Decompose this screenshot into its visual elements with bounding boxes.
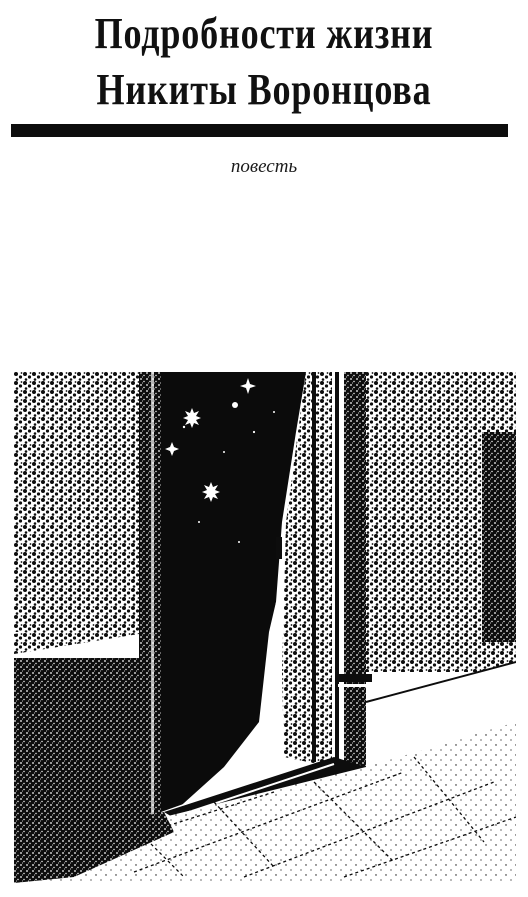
drainpipe [344,372,366,772]
left-door-frame [139,372,161,822]
left-wall [14,372,139,632]
genre-subtitle: повесть [0,156,528,178]
doorway-illustration [14,372,516,883]
title-line-1: Подробности жизни [48,12,481,56]
title-rule-divider [11,124,508,137]
title-line-2: Никиты Воронцова [48,68,481,112]
